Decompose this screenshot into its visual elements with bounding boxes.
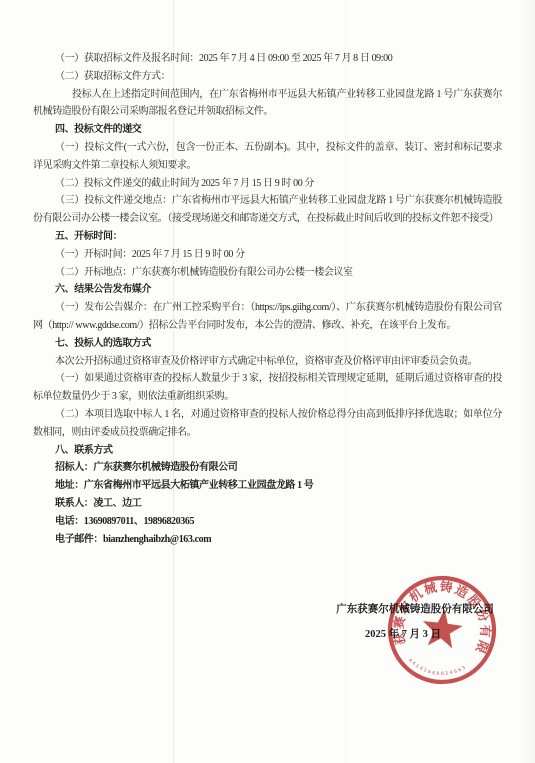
paragraph: （三）投标文件递交地点：广东省梅州市平远县大柘镇产业转移工业园盘龙路 1 号广东…: [33, 192, 502, 228]
section-heading: 八、联系方式: [33, 442, 502, 460]
paragraph: （一）投标文件(一式六份，包含一份正本、五份副本)。其中，投标文件的盖章、装订、…: [33, 139, 502, 175]
paragraph: 电子邮件：bianzhenghaibzh@163.com: [33, 531, 502, 549]
paragraph: （二）开标地点：广东获赛尔机械铸造股份有限公司办公楼一楼会议室: [33, 264, 502, 282]
section-heading: 七、投标人的选取方式: [33, 335, 502, 353]
paragraph: （一）获取招标文件及报名时间：2025 年 7 月 4 日 09:00 至 20…: [33, 50, 502, 68]
signature-block: 广东获赛尔机械铸造股份有限公司 2025 年 7 月 3 日: [295, 597, 535, 647]
scan-edge-shadow: [521, 0, 535, 763]
document-body: （一）获取招标文件及报名时间：2025 年 7 月 4 日 09:00 至 20…: [33, 50, 502, 548]
signature-company: 广东获赛尔机械铸造股份有限公司: [295, 597, 535, 622]
section-heading: 五、开标时间：: [33, 228, 502, 246]
section-heading: 四、投标文件的递交: [33, 121, 502, 139]
paragraph: 招标人：广东获赛尔机械铸造股份有限公司: [33, 459, 502, 477]
section-heading: 六、结果公告发布媒介: [33, 281, 502, 299]
paragraph: 电话：13690897011、19896820365: [33, 513, 502, 531]
signature-date: 2025 年 7 月 3 日: [295, 622, 535, 647]
paragraph: （二）本项目选取中标人 1 名，对通过资格审查的投标人按价格总得分由高到低排序择…: [33, 406, 502, 442]
paragraph: （二）投标文件递交的截止时间为 2025 年 7 月 15 日 9 时 00 分: [33, 175, 502, 193]
paragraph: 联系人：凌工、边工: [33, 495, 502, 513]
paragraph: （一）如果通过资格审查的投标人数量少于 3 家，按招投标相关管理规定延期，延期后…: [33, 370, 502, 406]
paragraph: （一）开标时间：2025 年 7 月 15 日 9 时 00 分: [33, 246, 502, 264]
paragraph: 地址：广东省梅州市平远县大柘镇产业转移工业园盘龙路 1 号: [33, 477, 502, 495]
paragraph: 投标人在上述指定时间范围内，在广东省梅州市平远县大柘镇产业转移工业园盘龙路 1 …: [33, 86, 502, 122]
paragraph: 本次公开招标通过资格审查及价格评审方式确定中标单位，资格审查及价格评审由评审委员…: [33, 353, 502, 371]
seal-code: 44142600024663: [406, 657, 469, 681]
paragraph: （二）获取招标文件方式：: [33, 68, 502, 86]
document-page: （一）获取招标文件及报名时间：2025 年 7 月 4 日 09:00 至 20…: [0, 0, 535, 763]
paragraph: （一）发布公告媒介：在广州工控采购平台：（https://ips.giihg.c…: [33, 299, 502, 335]
